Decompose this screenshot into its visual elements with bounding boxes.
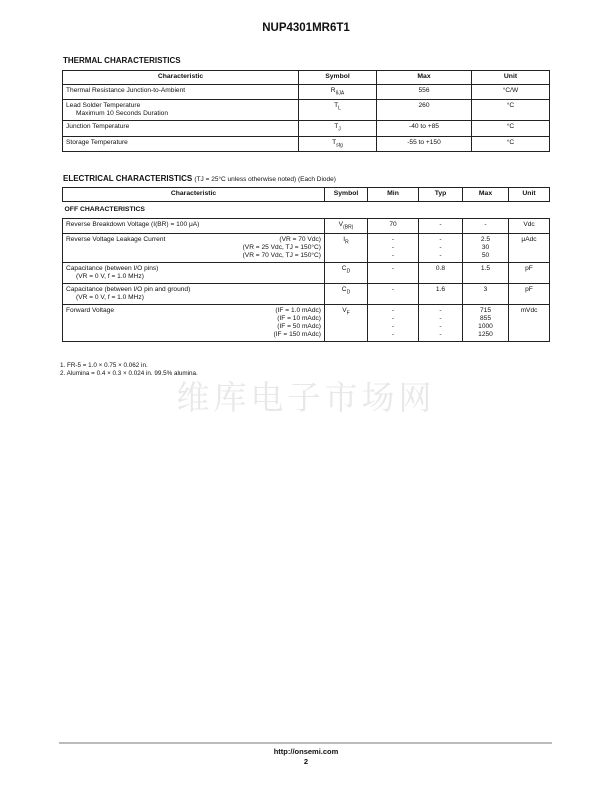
table-row: Capacitance (between I/O pin and ground)… bbox=[63, 284, 550, 305]
unit-cell: Vdc bbox=[509, 219, 550, 234]
table-row: Junction TemperatureTJ-40 to +85°C bbox=[63, 121, 550, 136]
footer-divider bbox=[59, 742, 552, 744]
footer: http://onsemi.com 2 bbox=[0, 747, 612, 767]
characteristic-cell: Capacitance (between I/O pin and ground)… bbox=[63, 284, 325, 305]
max-cell: 556 bbox=[377, 85, 472, 100]
unit-cell: pF bbox=[509, 284, 550, 305]
thermal-heading: THERMAL CHARACTERISTICS bbox=[63, 56, 181, 65]
symbol-cell: V(BR) bbox=[325, 219, 368, 234]
characteristic-cell: Storage Temperature bbox=[63, 136, 299, 151]
electrical-heading-note: (TJ = 25°C unless otherwise noted) (Each… bbox=[194, 176, 336, 183]
max-cell: 2.53050 bbox=[463, 234, 509, 263]
table-row: Storage TemperatureTstg-55 to +150°C bbox=[63, 136, 550, 151]
unit-cell: °C bbox=[472, 121, 550, 136]
col-characteristic: Characteristic bbox=[63, 71, 299, 85]
col-max: Max bbox=[463, 188, 509, 202]
col-unit: Unit bbox=[472, 71, 550, 85]
footnote-1: 1. FR-5 = 1.0 × 0.75 × 0.062 in. bbox=[60, 362, 198, 370]
table-row: Lead Solder TemperatureMaximum 10 Second… bbox=[63, 100, 550, 121]
table-row: Capacitance (between I/O pins)(VR = 0 V,… bbox=[63, 263, 550, 284]
table-row: (IF = 1.0 mAdc)(IF = 10 mAdc)(IF = 50 mA… bbox=[63, 305, 550, 342]
typ-cell: 1.6 bbox=[419, 284, 463, 305]
document-title: NUP4301MR6T1 bbox=[0, 22, 612, 34]
watermark: 维库电子市场网 bbox=[0, 372, 612, 419]
max-cell: -40 to +85 bbox=[377, 121, 472, 136]
symbol-cell: Tstg bbox=[299, 136, 377, 151]
conditions: (IF = 1.0 mAdc)(IF = 10 mAdc)(IF = 50 mA… bbox=[274, 307, 321, 339]
max-cell: 71585510001250 bbox=[463, 305, 509, 342]
min-cell: --- bbox=[368, 234, 419, 263]
characteristic-cell: (VR = 70 Vdc)(VR = 25 Vdc, TJ = 150°C)(V… bbox=[63, 234, 325, 263]
thermal-header-row: Characteristic Symbol Max Unit bbox=[63, 71, 550, 85]
col-symbol: Symbol bbox=[299, 71, 377, 85]
conditions: (VR = 70 Vdc)(VR = 25 Vdc, TJ = 150°C)(V… bbox=[243, 236, 321, 260]
typ-cell: ---- bbox=[419, 305, 463, 342]
symbol-cell: IR bbox=[325, 234, 368, 263]
col-min: Min bbox=[368, 188, 419, 202]
page-number: 2 bbox=[0, 757, 612, 767]
unit-cell: mVdc bbox=[509, 305, 550, 342]
min-cell: ---- bbox=[368, 305, 419, 342]
col-symbol: Symbol bbox=[325, 188, 368, 202]
max-cell: 260 bbox=[377, 100, 472, 121]
min-cell: 70 bbox=[368, 219, 419, 234]
characteristic-cell: Lead Solder TemperatureMaximum 10 Second… bbox=[63, 100, 299, 121]
electrical-table: Characteristic Symbol Min Typ Max Unit O… bbox=[62, 187, 550, 342]
electrical-header-row: Characteristic Symbol Min Typ Max Unit bbox=[63, 188, 550, 202]
table-row: (VR = 70 Vdc)(VR = 25 Vdc, TJ = 150°C)(V… bbox=[63, 234, 550, 263]
thermal-table: Characteristic Symbol Max Unit Thermal R… bbox=[62, 70, 550, 152]
characteristic-cell: Thermal Resistance Junction-to-Ambient bbox=[63, 85, 299, 100]
col-max: Max bbox=[377, 71, 472, 85]
typ-cell: --- bbox=[419, 234, 463, 263]
max-cell: - bbox=[463, 219, 509, 234]
symbol-cell: CD bbox=[325, 284, 368, 305]
max-cell: 3 bbox=[463, 284, 509, 305]
off-characteristics-label: OFF CHARACTERISTICS bbox=[63, 202, 550, 219]
characteristic-cell: Reverse Breakdown Voltage (I(BR) = 100 μ… bbox=[63, 219, 325, 234]
characteristic-cell: (IF = 1.0 mAdc)(IF = 10 mAdc)(IF = 50 mA… bbox=[63, 305, 325, 342]
electrical-heading: ELECTRICAL CHARACTERISTICS (TJ = 25°C un… bbox=[63, 174, 336, 183]
min-cell: - bbox=[368, 284, 419, 305]
unit-cell: pF bbox=[509, 263, 550, 284]
unit-cell: °C/W bbox=[472, 85, 550, 100]
symbol-cell: TL bbox=[299, 100, 377, 121]
unit-cell: °C bbox=[472, 100, 550, 121]
group-row: OFF CHARACTERISTICS bbox=[63, 202, 550, 219]
min-cell: - bbox=[368, 263, 419, 284]
footer-url[interactable]: http://onsemi.com bbox=[0, 747, 612, 757]
unit-cell: μAdc bbox=[509, 234, 550, 263]
max-cell: 1.5 bbox=[463, 263, 509, 284]
table-row: Reverse Breakdown Voltage (I(BR) = 100 μ… bbox=[63, 219, 550, 234]
col-typ: Typ bbox=[419, 188, 463, 202]
col-characteristic: Characteristic bbox=[63, 188, 325, 202]
table-row: Thermal Resistance Junction-to-AmbientRθ… bbox=[63, 85, 550, 100]
max-cell: -55 to +150 bbox=[377, 136, 472, 151]
symbol-cell: RθJA bbox=[299, 85, 377, 100]
unit-cell: °C bbox=[472, 136, 550, 151]
symbol-cell: VF bbox=[325, 305, 368, 342]
col-unit: Unit bbox=[509, 188, 550, 202]
typ-cell: - bbox=[419, 219, 463, 234]
characteristic-cell: Junction Temperature bbox=[63, 121, 299, 136]
characteristic-cell: Capacitance (between I/O pins)(VR = 0 V,… bbox=[63, 263, 325, 284]
symbol-cell: CD bbox=[325, 263, 368, 284]
symbol-cell: TJ bbox=[299, 121, 377, 136]
typ-cell: 0.8 bbox=[419, 263, 463, 284]
